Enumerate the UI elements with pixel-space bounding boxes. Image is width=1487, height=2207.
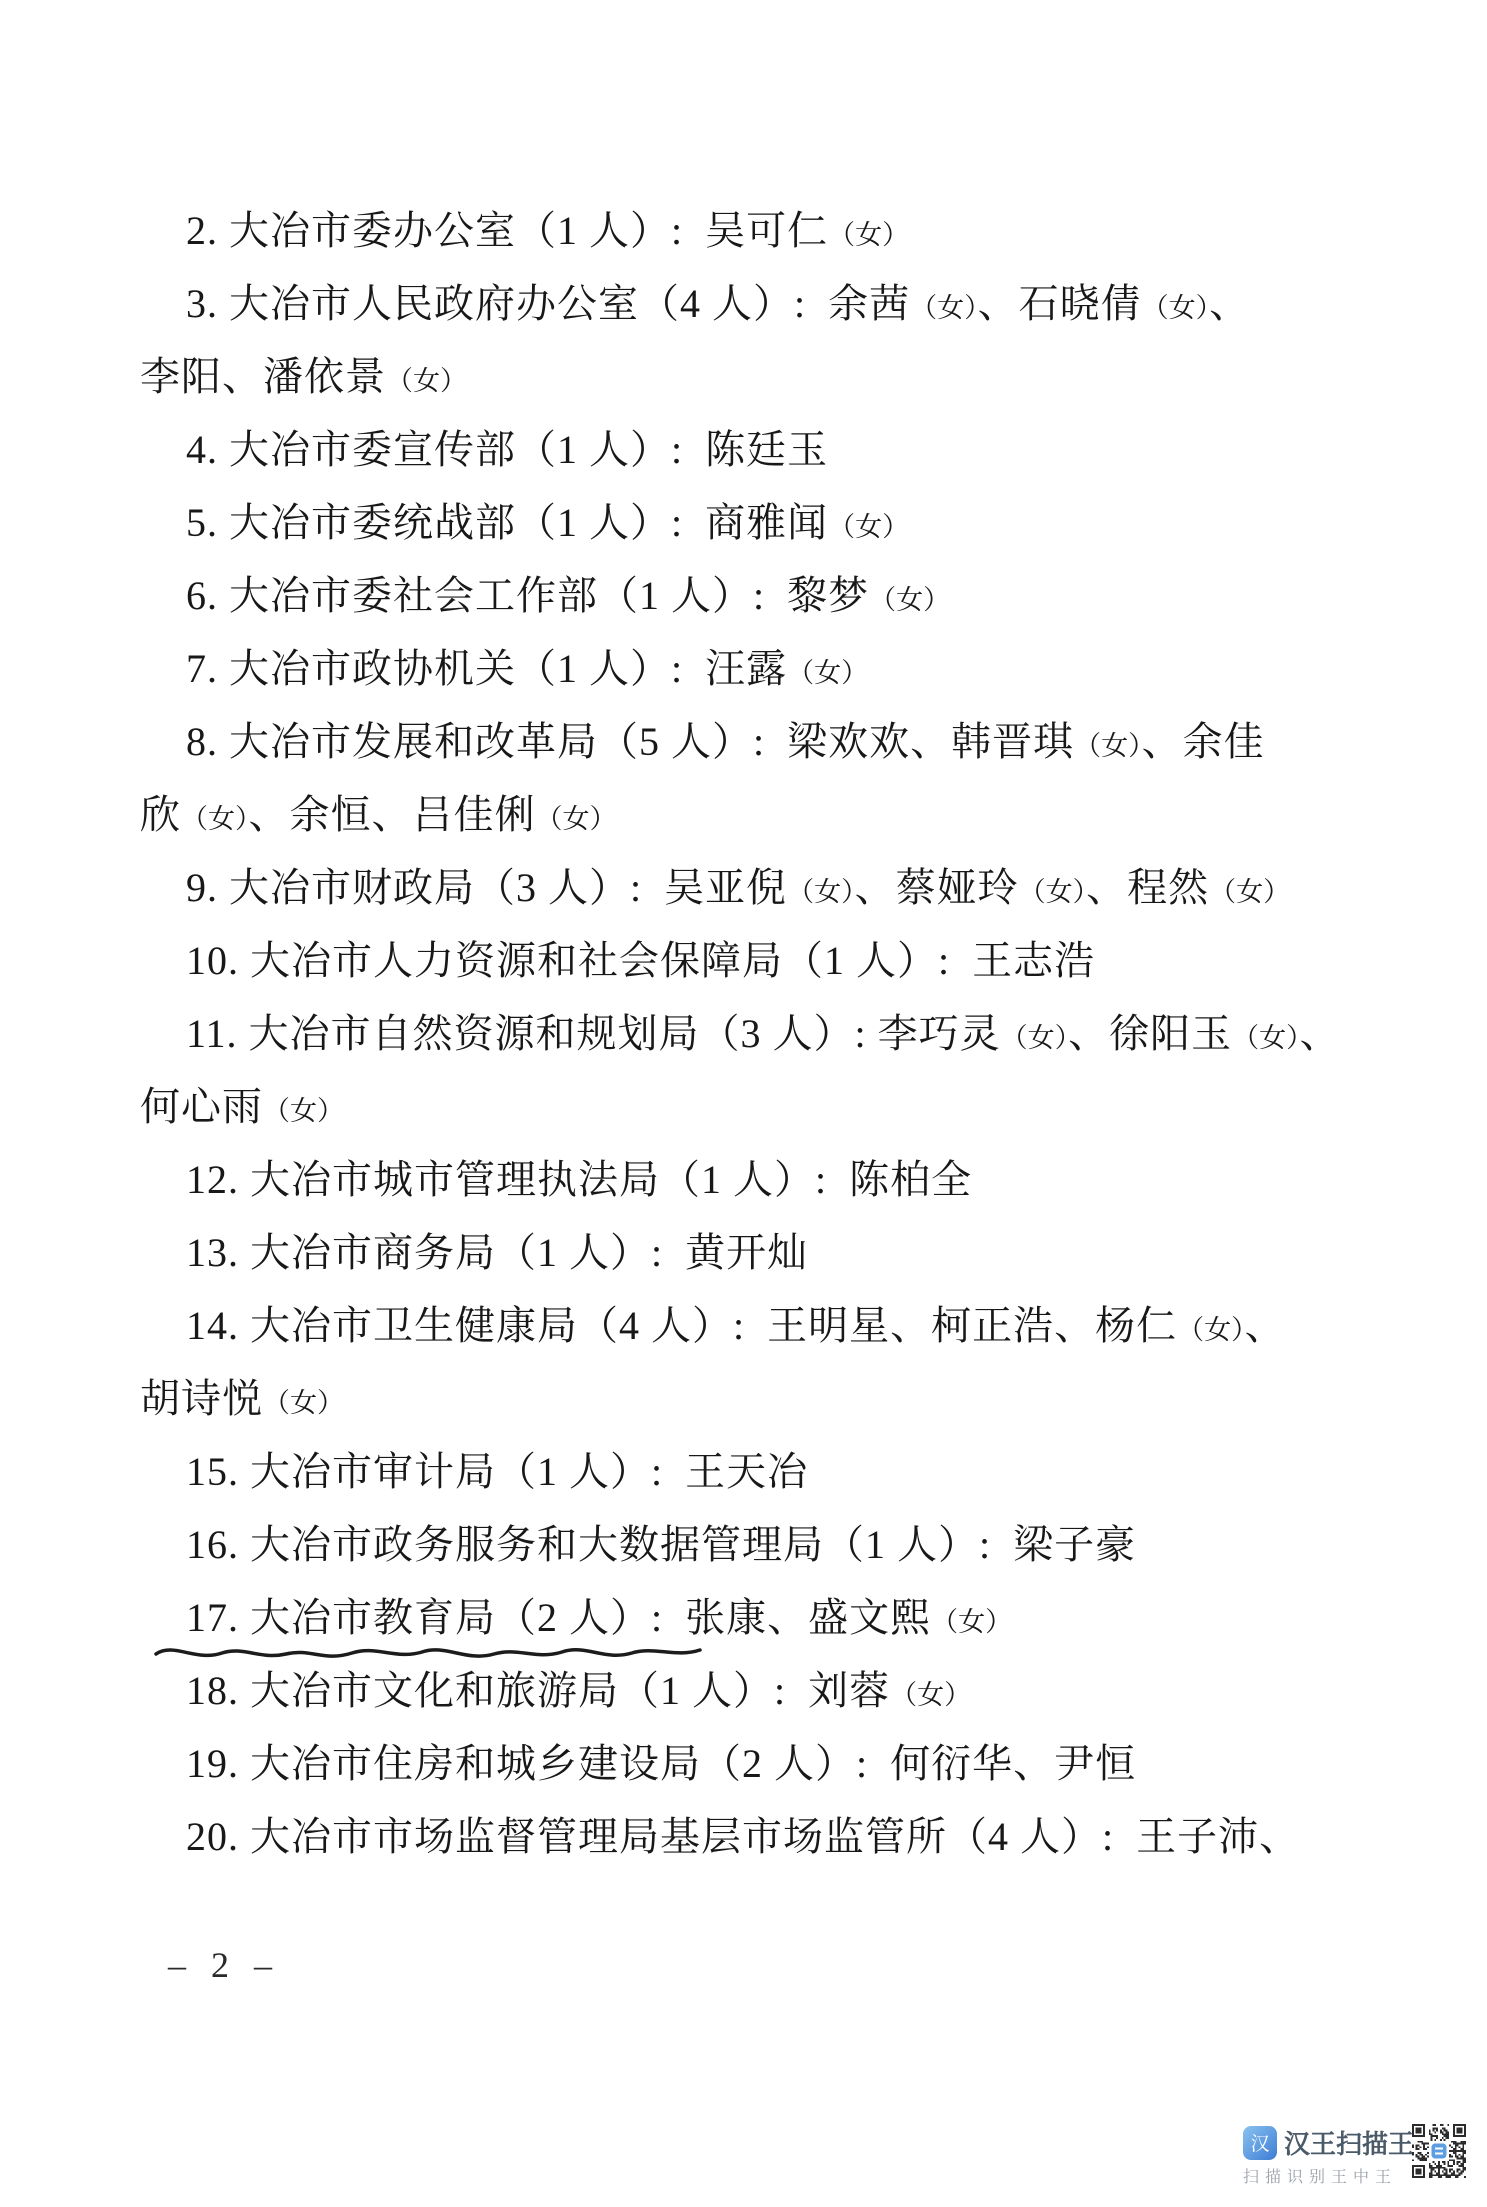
scanned-document-page: 2. 大冶市委办公室（1 人）: 吴可仁（女）3. 大冶市人民政府办公室（4 人… bbox=[0, 0, 1487, 2207]
document-line: 5. 大冶市委统战部（1 人）: 商雅闻（女） bbox=[140, 486, 1420, 559]
line-text: 、 bbox=[1209, 281, 1250, 326]
gender-marker: （女） bbox=[536, 804, 617, 834]
gender-marker: （女） bbox=[931, 1607, 1012, 1637]
gender-marker: （女） bbox=[890, 1680, 971, 1710]
document-line: 16. 大冶市政务服务和大数据管理局（1 人）: 梁子豪 bbox=[140, 1508, 1420, 1581]
line-text: 胡诗悦 bbox=[140, 1376, 263, 1421]
line-text: 6. 大冶市委社会工作部（1 人）: 黎梦 bbox=[186, 573, 869, 618]
qr-code bbox=[1412, 2124, 1466, 2178]
gender-marker: （女） bbox=[1001, 1023, 1069, 1053]
document-line: 3. 大冶市人民政府办公室（4 人）: 余茜（女）、石晓倩（女）、 bbox=[140, 267, 1420, 340]
gender-marker: （女） bbox=[1209, 877, 1290, 907]
document-line: 9. 大冶市财政局（3 人）: 吴亚倪（女）、蔡娅玲（女）、程然（女） bbox=[140, 851, 1420, 924]
document-line: 胡诗悦（女） bbox=[140, 1362, 1420, 1435]
line-text: 2. 大冶市委办公室（1 人）: 吴可仁 bbox=[186, 208, 828, 253]
document-line: 6. 大冶市委社会工作部（1 人）: 黎梦（女） bbox=[140, 559, 1420, 632]
gender-marker: （女） bbox=[181, 804, 249, 834]
gender-marker: （女） bbox=[910, 293, 978, 323]
document-line: 4. 大冶市委宣传部（1 人）: 陈廷玉 bbox=[140, 413, 1420, 486]
line-text: 14. 大冶市卫生健康局（4 人）: 王明星、柯正浩、杨仁 bbox=[186, 1303, 1177, 1348]
document-line: 18. 大冶市文化和旅游局（1 人）: 刘蓉（女） bbox=[140, 1654, 1420, 1727]
line-text: 13. 大冶市商务局（1 人）: 黄开灿 bbox=[186, 1230, 808, 1275]
line-text: 11. 大冶市自然资源和规划局（3 人）: 李巧灵 bbox=[186, 1011, 1001, 1056]
gender-marker: （女） bbox=[1232, 1023, 1300, 1053]
line-text: 15. 大冶市审计局（1 人）: 王天冶 bbox=[186, 1449, 808, 1494]
gender-marker: （女） bbox=[1074, 731, 1142, 761]
line-text: 、余佳 bbox=[1142, 719, 1265, 764]
gender-marker: （女） bbox=[1142, 293, 1210, 323]
document-line: 14. 大冶市卫生健康局（4 人）: 王明星、柯正浩、杨仁（女）、 bbox=[140, 1289, 1420, 1362]
gender-marker: （女） bbox=[787, 877, 855, 907]
line-text: 9. 大冶市财政局（3 人）: 吴亚倪 bbox=[186, 865, 787, 910]
document-line: 12. 大冶市城市管理执法局（1 人）: 陈柏全 bbox=[140, 1143, 1420, 1216]
line-text: 3. 大冶市人民政府办公室（4 人）: 余茜 bbox=[186, 281, 910, 326]
document-line: 13. 大冶市商务局（1 人）: 黄开灿 bbox=[140, 1216, 1420, 1289]
line-text: 7. 大冶市政协机关（1 人）: 汪露 bbox=[186, 646, 787, 691]
line-text: 5. 大冶市委统战部（1 人）: 商雅闻 bbox=[186, 500, 828, 545]
scanner-watermark: 汉 汉王扫描王 扫描识别王中王 bbox=[1243, 2124, 1475, 2186]
line-text: 、 bbox=[1245, 1303, 1286, 1348]
line-text: 、石晓倩 bbox=[978, 281, 1142, 326]
gender-marker: （女） bbox=[787, 658, 868, 688]
line-text: 、余恒、吕佳俐 bbox=[249, 792, 536, 837]
gender-marker: （女） bbox=[1019, 877, 1087, 907]
line-text: 、 bbox=[1300, 1011, 1341, 1056]
line-text: 8. 大冶市发展和改革局（5 人）: 梁欢欢、韩晋琪 bbox=[186, 719, 1074, 764]
gender-marker: （女） bbox=[828, 512, 909, 542]
line-text: 17. 大冶市教育局（2 人）: 张康、盛文熙 bbox=[186, 1595, 931, 1640]
document-line: 8. 大冶市发展和改革局（5 人）: 梁欢欢、韩晋琪（女）、余佳 bbox=[140, 705, 1420, 778]
line-text: 何心雨 bbox=[140, 1084, 263, 1129]
document-line: 2. 大冶市委办公室（1 人）: 吴可仁（女） bbox=[140, 194, 1420, 267]
line-text: 20. 大冶市市场监督管理局基层市场监管所（4 人）: 王子沛、 bbox=[186, 1814, 1300, 1859]
document-body: 2. 大冶市委办公室（1 人）: 吴可仁（女）3. 大冶市人民政府办公室（4 人… bbox=[140, 194, 1420, 1873]
line-text: 欣 bbox=[140, 792, 181, 837]
watermark-title: 汉王扫描王 bbox=[1284, 2124, 1414, 2161]
line-text: 19. 大冶市住房和城乡建设局（2 人）: 何衍华、尹恒 bbox=[186, 1741, 1136, 1786]
line-text: 10. 大冶市人力资源和社会保障局（1 人）: 王志浩 bbox=[186, 938, 1095, 983]
line-text: 18. 大冶市文化和旅游局（1 人）: 刘蓉 bbox=[186, 1668, 890, 1713]
gender-marker: （女） bbox=[828, 220, 909, 250]
document-line: 7. 大冶市政协机关（1 人）: 汪露（女） bbox=[140, 632, 1420, 705]
document-line: 何心雨（女） bbox=[140, 1070, 1420, 1143]
gender-marker: （女） bbox=[386, 366, 467, 396]
line-text: 、程然 bbox=[1086, 865, 1209, 910]
document-line: 19. 大冶市住房和城乡建设局（2 人）: 何衍华、尹恒 bbox=[140, 1727, 1420, 1800]
document-line: 欣（女）、余恒、吕佳俐（女） bbox=[140, 778, 1420, 851]
document-line: 17. 大冶市教育局（2 人）: 张康、盛文熙（女） bbox=[140, 1581, 1420, 1654]
line-text: 、徐阳玉 bbox=[1068, 1011, 1232, 1056]
page-number: – 2 – bbox=[168, 1944, 274, 1986]
document-line: 20. 大冶市市场监督管理局基层市场监管所（4 人）: 王子沛、 bbox=[140, 1800, 1420, 1873]
line-text: 12. 大冶市城市管理执法局（1 人）: 陈柏全 bbox=[186, 1157, 972, 1202]
document-line: 15. 大冶市审计局（1 人）: 王天冶 bbox=[140, 1435, 1420, 1508]
line-text: 李阳、潘依景 bbox=[140, 354, 386, 399]
gender-marker: （女） bbox=[869, 585, 950, 615]
line-text: 4. 大冶市委宣传部（1 人）: 陈廷玉 bbox=[186, 427, 828, 472]
gender-marker: （女） bbox=[263, 1096, 344, 1126]
hanvon-app-icon: 汉 bbox=[1243, 2126, 1277, 2160]
line-text: 、蔡娅玲 bbox=[855, 865, 1019, 910]
line-text: 16. 大冶市政务服务和大数据管理局（1 人）: 梁子豪 bbox=[186, 1522, 1136, 1567]
document-line: 李阳、潘依景（女） bbox=[140, 340, 1420, 413]
document-line: 10. 大冶市人力资源和社会保障局（1 人）: 王志浩 bbox=[140, 924, 1420, 997]
gender-marker: （女） bbox=[1177, 1315, 1245, 1345]
gender-marker: （女） bbox=[263, 1388, 344, 1418]
document-line: 11. 大冶市自然资源和规划局（3 人）: 李巧灵（女）、徐阳玉（女）、 bbox=[140, 997, 1420, 1070]
